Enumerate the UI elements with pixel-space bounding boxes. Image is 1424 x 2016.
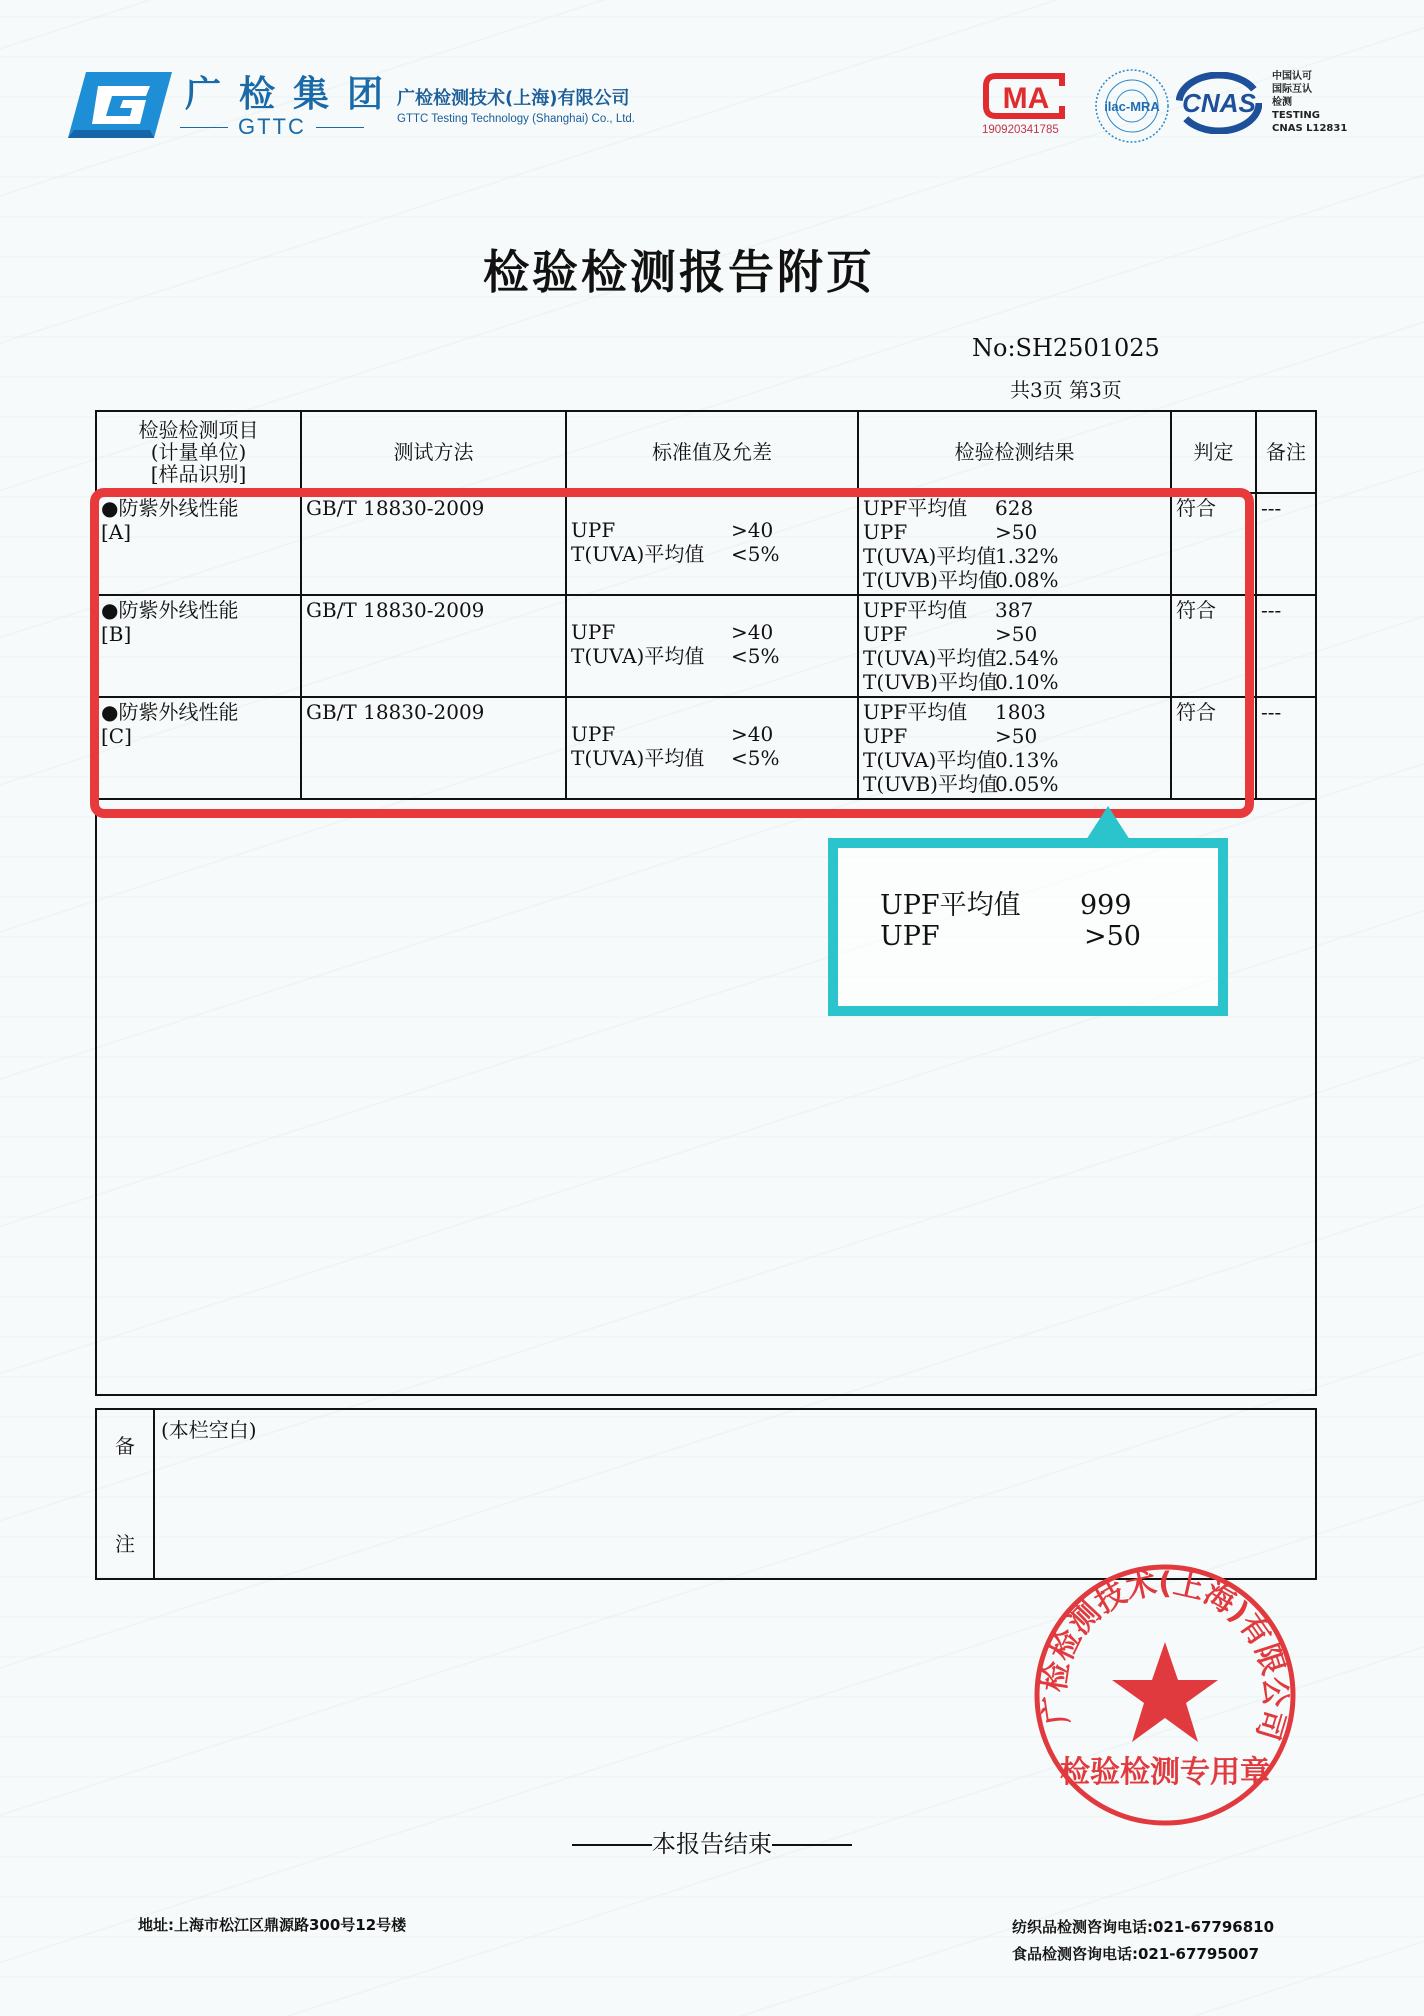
notes-content: (本栏空白) [154,1409,1316,1579]
svg-text:ilac-MRA: ilac-MRA [1104,99,1160,114]
report-end-text: 本报告结束 [652,1830,772,1858]
official-seal-icon: 广检检测技术(上海)有限公司 检验检测专用章 [1030,1560,1300,1830]
header-result: 检验检测结果 [858,411,1171,493]
notes-label: 备 注 [96,1409,154,1579]
highlight-box [90,488,1254,818]
cnas-certification-text: 中国认可 国际互认 检测 TESTING CNAS L12831 [1272,70,1347,135]
company-name-cn: 广检检测技术(上海)有限公司 [397,84,629,110]
callout-pointer [1086,806,1130,840]
food-phone: 食品检测咨询电话:021-67795007 [1012,1941,1274,1968]
cma-number: 190920341785 [982,124,1059,136]
svg-text:CNAS: CNAS [1182,88,1256,118]
callout-text: UPF平均值999 UPF>50 [880,890,1141,952]
header-method: 测试方法 [301,411,566,493]
page-title: 检验检测报告附页 [0,236,1358,302]
remark-cell: --- [1256,595,1316,697]
logo-english: GTTC [180,114,364,140]
cma-badge-icon: MA [982,72,1070,120]
table-header-row: 检验检测项目 (计量单位) [样品识别] 测试方法 标准值及允差 检验检测结果 … [96,411,1316,493]
ilac-mra-badge-icon: ilac-MRA [1094,68,1170,144]
report-number: No:SH2501025 [972,334,1160,362]
svg-text:检验检测专用章: 检验检测专用章 [1060,1755,1270,1790]
remark-cell: --- [1256,493,1316,595]
remark-cell: --- [1256,697,1316,799]
logo-chinese: 广检集团 [185,66,401,117]
gttc-logo-icon [68,72,172,138]
header-standard: 标准值及允差 [566,411,858,493]
page-count: 共3页 第3页 [1010,374,1122,403]
textile-phone: 纺织品检测咨询电话:021-67796810 [1012,1914,1274,1941]
header-item: 检验检测项目 (计量单位) [样品识别] [96,411,301,493]
company-name-en: GTTC Testing Technology (Shanghai) Co., … [397,113,635,125]
logo-gttc-text: GTTC [238,114,306,140]
header-judgement: 判定 [1171,411,1256,493]
header-remark: 备注 [1256,411,1316,493]
address: 地址:上海市松江区鼎源路300号12号楼 [138,1914,406,1935]
contact-phones: 纺织品检测咨询电话:021-67796810 食品检测咨询电话:021-6779… [1012,1914,1274,1968]
svg-text:MA: MA [1003,82,1050,115]
cnas-badge-icon: CNAS [1176,72,1262,134]
notes-table: 备 注 (本栏空白) [95,1408,1317,1580]
report-end-marker: 本报告结束 [0,1824,1424,1859]
